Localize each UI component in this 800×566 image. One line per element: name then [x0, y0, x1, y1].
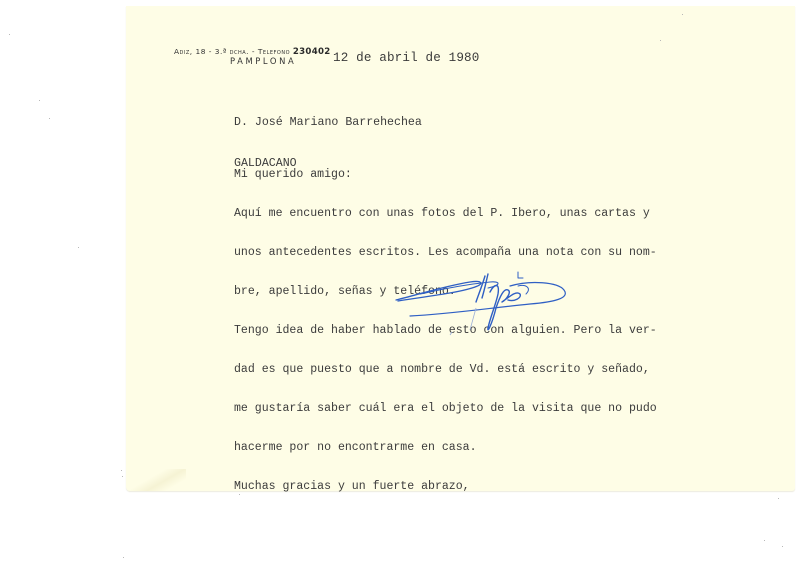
- scanned-letter: Adiz, 18 - 3.ª dcha. - Telefono 230402 P…: [0, 0, 800, 566]
- signature-icon: [390, 268, 580, 338]
- body-line: hacerme por no encontrarme en casa.: [234, 441, 657, 454]
- letter-date: 12 de abril de 1980: [333, 51, 479, 65]
- body-line: me gustaría saber cuál era el objeto de …: [234, 402, 657, 415]
- body-line: Aquí me encuentro con unas fotos del P. …: [234, 207, 657, 220]
- recipient-name: D. José Mariano Barrehechea: [234, 116, 422, 130]
- body-line-closing: Muchas gracias y un fuerte abrazo,: [234, 480, 657, 493]
- body-line: unos antecedentes escritos. Les acompaña…: [234, 246, 657, 259]
- letterhead-address-text: Adiz, 18 - 3.ª dcha. - Telefono: [174, 47, 290, 56]
- letterhead-phone: 230402: [293, 47, 331, 57]
- body-line: dad es que puesto que a nombre de Vd. es…: [234, 363, 657, 376]
- letterhead-city: PAMPLONA: [230, 56, 296, 66]
- body-line-salutation: Mi querido amigo:: [234, 168, 657, 181]
